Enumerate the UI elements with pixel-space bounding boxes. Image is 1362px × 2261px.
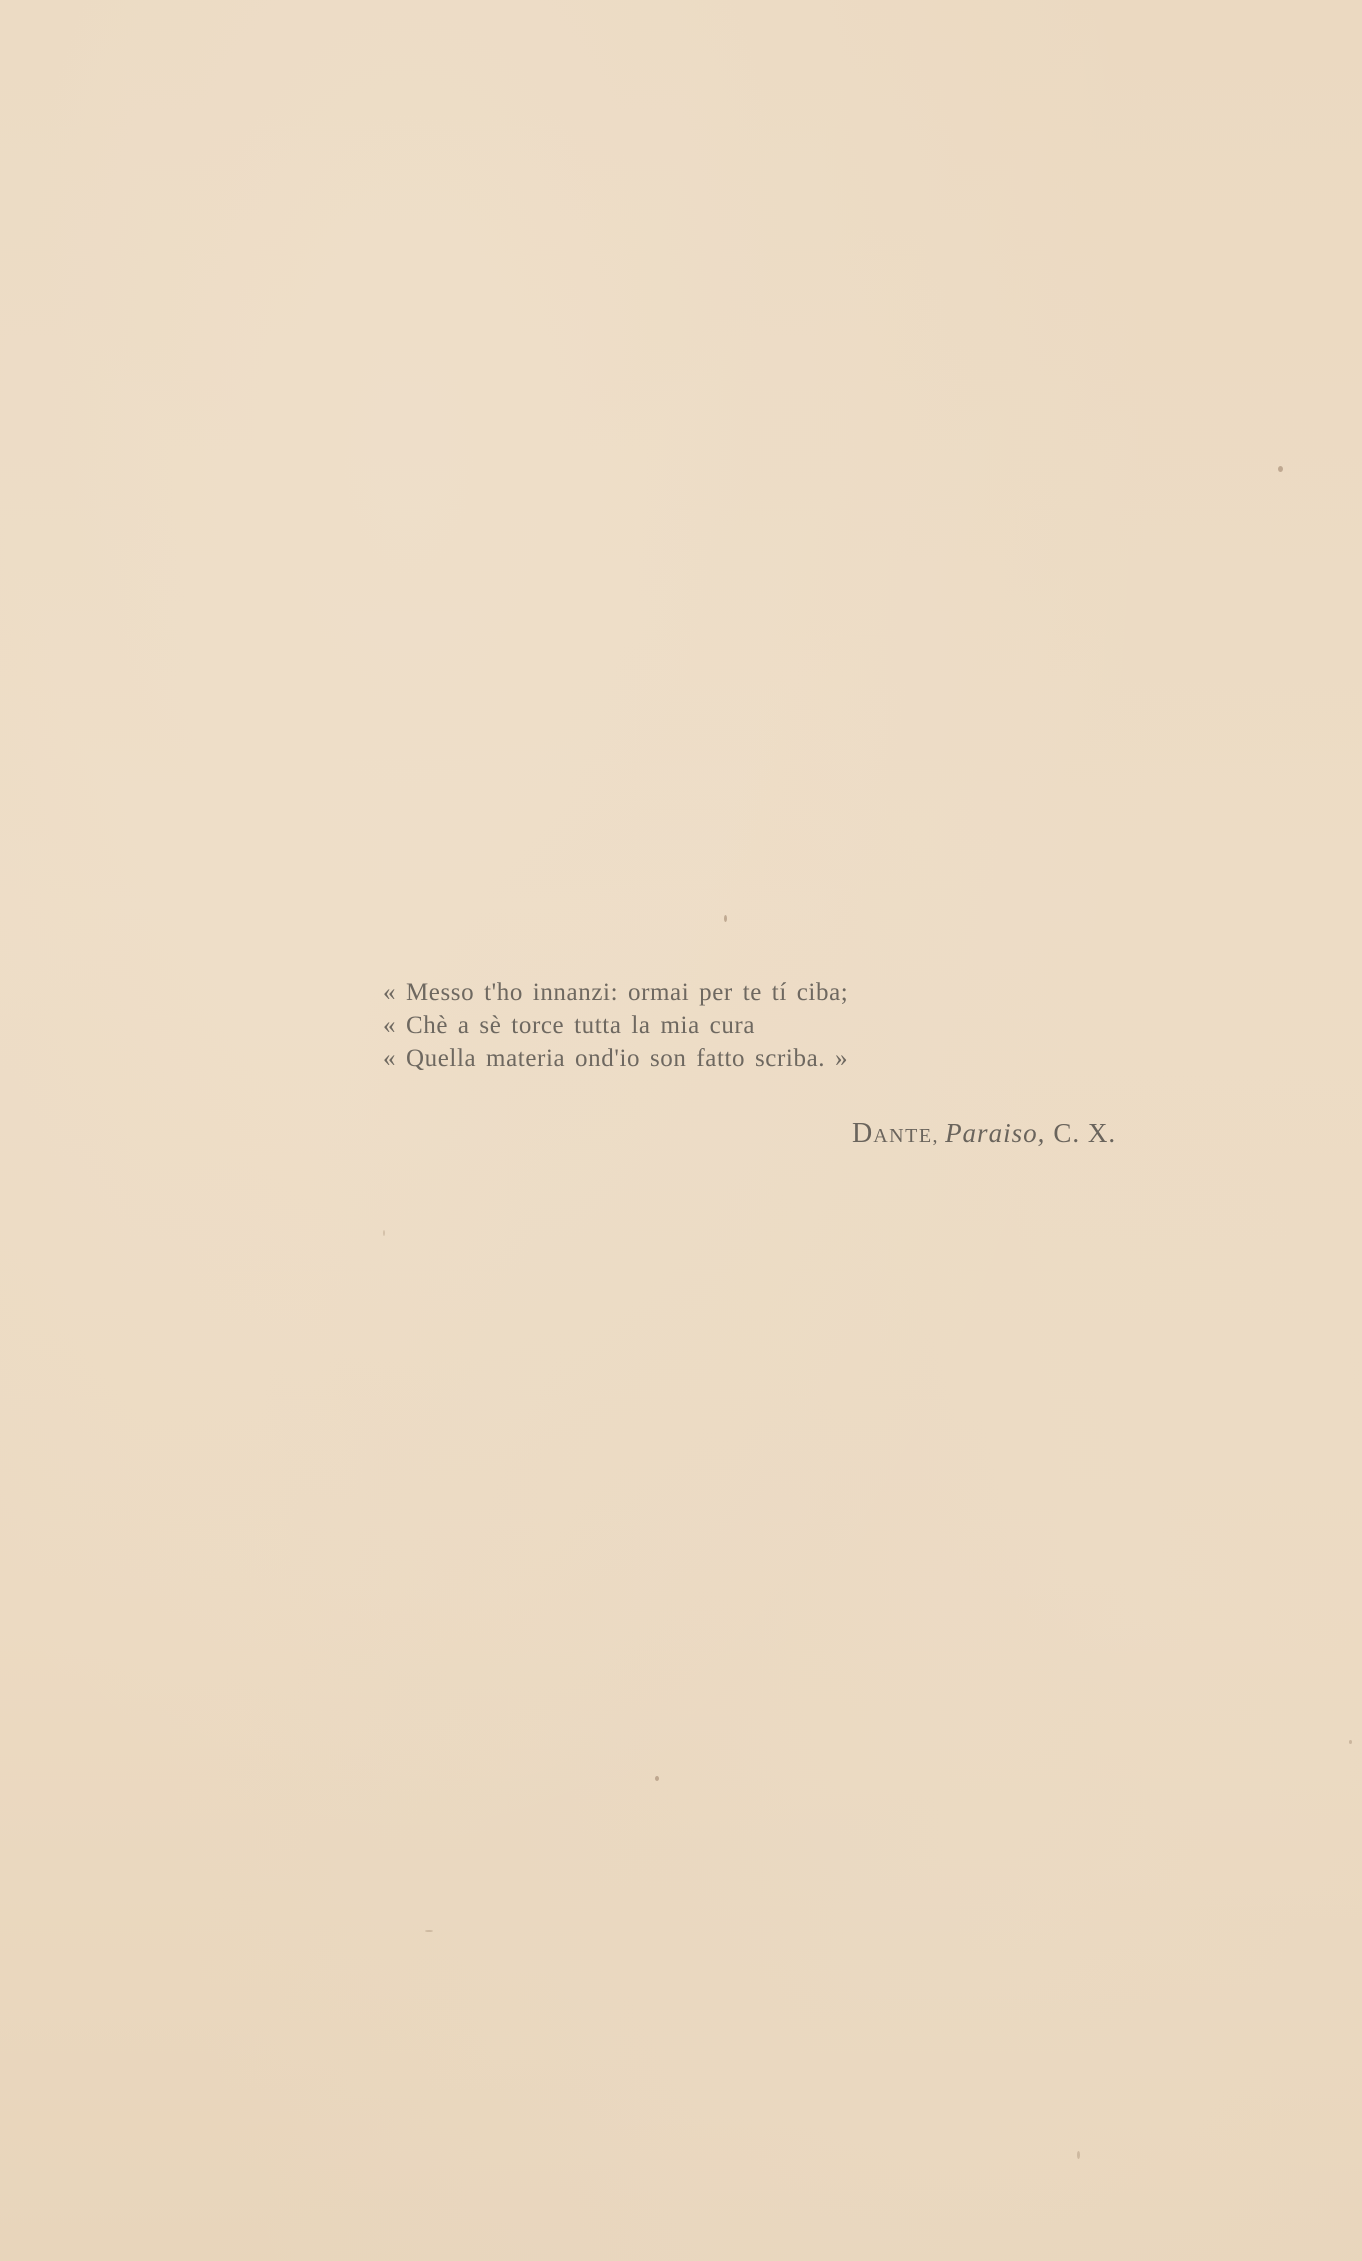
canto-reference: C. X. bbox=[1053, 1118, 1116, 1148]
book-page bbox=[0, 0, 1362, 2261]
epigraph-line: « Chè a sè torce tutta la mia cura bbox=[383, 1009, 848, 1042]
paper-fleck bbox=[383, 1230, 385, 1236]
epigraph-attribution: DANTE,Paraiso,C. X. bbox=[852, 1118, 1116, 1150]
author-initial: D bbox=[852, 1118, 873, 1149]
epigraph-line: « Messo t'ho innanzi: ormai per te tí ci… bbox=[383, 976, 848, 1009]
paper-fleck bbox=[1278, 466, 1283, 472]
paper-fleck bbox=[425, 1930, 433, 1932]
author-name-smallcaps: ANTE, bbox=[873, 1125, 939, 1147]
epigraph-line: « Quella materia ond'io son fatto scriba… bbox=[383, 1042, 848, 1075]
paper-fleck bbox=[1077, 2151, 1080, 2159]
paper-fleck bbox=[724, 915, 727, 922]
paper-fleck bbox=[655, 1776, 659, 1781]
work-title: Paraiso, bbox=[945, 1118, 1045, 1148]
paper-fleck bbox=[1349, 1740, 1352, 1744]
epigraph-quote: « Messo t'ho innanzi: ormai per te tí ci… bbox=[383, 976, 848, 1075]
